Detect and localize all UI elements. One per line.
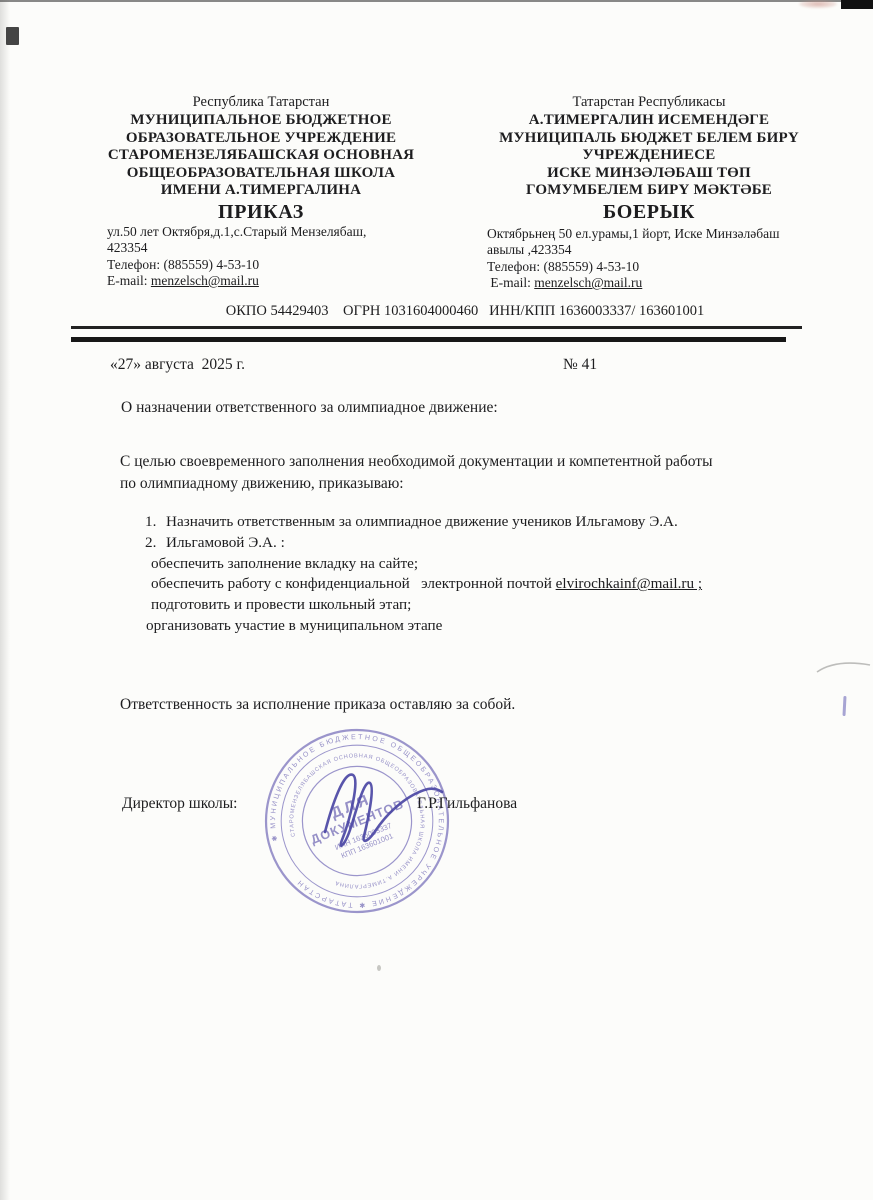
preamble-line: по олимпиадному движению, приказываю: [120,473,815,495]
org-name-line: СТАРОМЕНЗЕЛЯБАШСКАЯ ОСНОВНАЯ [95,147,427,165]
letterhead-rule-thick [71,337,786,342]
address-block-tatar: Октябрьнең 50 ел.урамы,1 йорт, Иске Минз… [487,226,857,292]
email-address: menzelsch@mail.ru [151,273,259,288]
preamble-line: С целью своевременного заполнения необхо… [120,451,815,473]
email-line: E-mail: menzelsch@mail.ru [107,273,447,289]
order-item: 1.Назначить ответственным за олимпиадное… [120,512,825,533]
doc-type-title: БОЕРЫК [453,201,845,224]
org-name-line: МУНИЦИПАЛЬ БЮДЖЕТ БЕЛЕМ БИРҮ [453,130,845,148]
scan-speck [377,965,381,971]
scan-ink-tick [842,696,846,716]
order-subitem: обеспечить заполнение вкладку на сайте; [120,554,825,575]
order-number: № 41 [563,356,597,374]
director-name: Г.Р.Гильфанова [417,795,517,813]
org-name-line: ИМЕНИ А.ТИМЕРГАЛИНА [95,182,427,200]
address-line: 423354 [107,240,447,256]
org-name-line: ОБЩЕОБРАЗОВАТЕЛЬНАЯ ШКОЛА [95,165,427,183]
phone-line: Телефон: (885559) 4-53-10 [107,257,447,273]
order-item: 2.Ильгамовой Э.А. : [120,533,825,554]
scan-punch-mark [6,27,19,45]
org-name-line: А.ТИМЕРГАЛИН ИСЕМЕНДӘГЕ [453,112,845,130]
item-text: Ильгамовой Э.А. : [166,534,285,551]
region-name: Республика Татарстан [95,93,427,112]
address-line: авылы ,423354 [487,242,857,258]
letterhead-russian: Республика Татарстан МУНИЦИПАЛЬНОЕ БЮДЖЕ… [95,93,427,224]
scanned-order-page: Республика Татарстан МУНИЦИПАЛЬНОЕ БЮДЖЕ… [0,0,873,1200]
doc-type-title: ПРИКАЗ [95,201,427,224]
scan-edge-line [0,0,873,2]
org-name-line: УЧРЕЖДЕНИЕСЕ [453,147,845,165]
address-block-russian: ул.50 лет Октября,д.1,с.Старый Мензеляба… [107,224,447,290]
scan-corner-mark [841,0,873,9]
registry-codes-line: ОКПО 54429403 ОГРН 1031604000460 ИНН/КПП… [70,303,860,320]
item-text: Назначить ответственным за олимпиадное д… [166,513,678,530]
address-line: ул.50 лет Октября,д.1,с.Старый Мензеляба… [107,224,447,240]
scan-hair-artifact [816,656,872,676]
order-closing: Ответственность за исполнение приказа ос… [120,696,515,714]
order-preamble: С целью своевременного заполнения необхо… [120,451,815,494]
org-name-line: ОБРАЗОВАТЕЛЬНОЕ УЧРЕЖДЕНИЕ [95,130,427,148]
email-line: E-mail: menzelsch@mail.ru [487,275,857,291]
director-role-label: Директор школы: [122,795,237,813]
letterhead-rule-thin [71,326,802,329]
scan-pink-smudge [799,0,837,8]
address-line: Октябрьнең 50 ел.урамы,1 йорт, Иске Минз… [487,226,857,242]
letterhead-tatar: Татарстан Республикасы А.ТИМЕРГАЛИН ИСЕМ… [453,93,845,224]
email-label: E-mail: [487,275,534,290]
email-address: elvirochkainf@mail.ru ; [556,575,702,592]
order-subitem: обеспечить работу с конфиденциальной эле… [120,574,825,595]
item-number: 1. [145,512,166,533]
subitem-text: обеспечить работу с конфиденциальной эле… [151,575,556,592]
item-number: 2. [145,533,166,554]
org-name-line: ИСКЕ МИНЗӘЛӘБАШ ТӨП [453,165,845,183]
email-address: menzelsch@mail.ru [534,275,642,290]
order-date: «27» августа 2025 г. [110,356,245,374]
region-name: Татарстан Республикасы [453,93,845,112]
phone-line: Телефон: (885559) 4-53-10 [487,259,857,275]
order-items: 1.Назначить ответственным за олимпиадное… [120,512,825,637]
order-subitem: подготовить и провести школьный этап; [120,595,825,616]
order-subject: О назначении ответственного за олимпиадн… [121,399,498,417]
org-name-line: МУНИЦИПАЛЬНОЕ БЮДЖЕТНОЕ [95,112,427,130]
org-name-line: ГОМУМБЕЛЕМ БИРҮ МӘКТӘБЕ [453,182,845,200]
order-subitem: организовать участие в муниципальном эта… [120,616,825,637]
email-label: E-mail: [107,273,151,288]
